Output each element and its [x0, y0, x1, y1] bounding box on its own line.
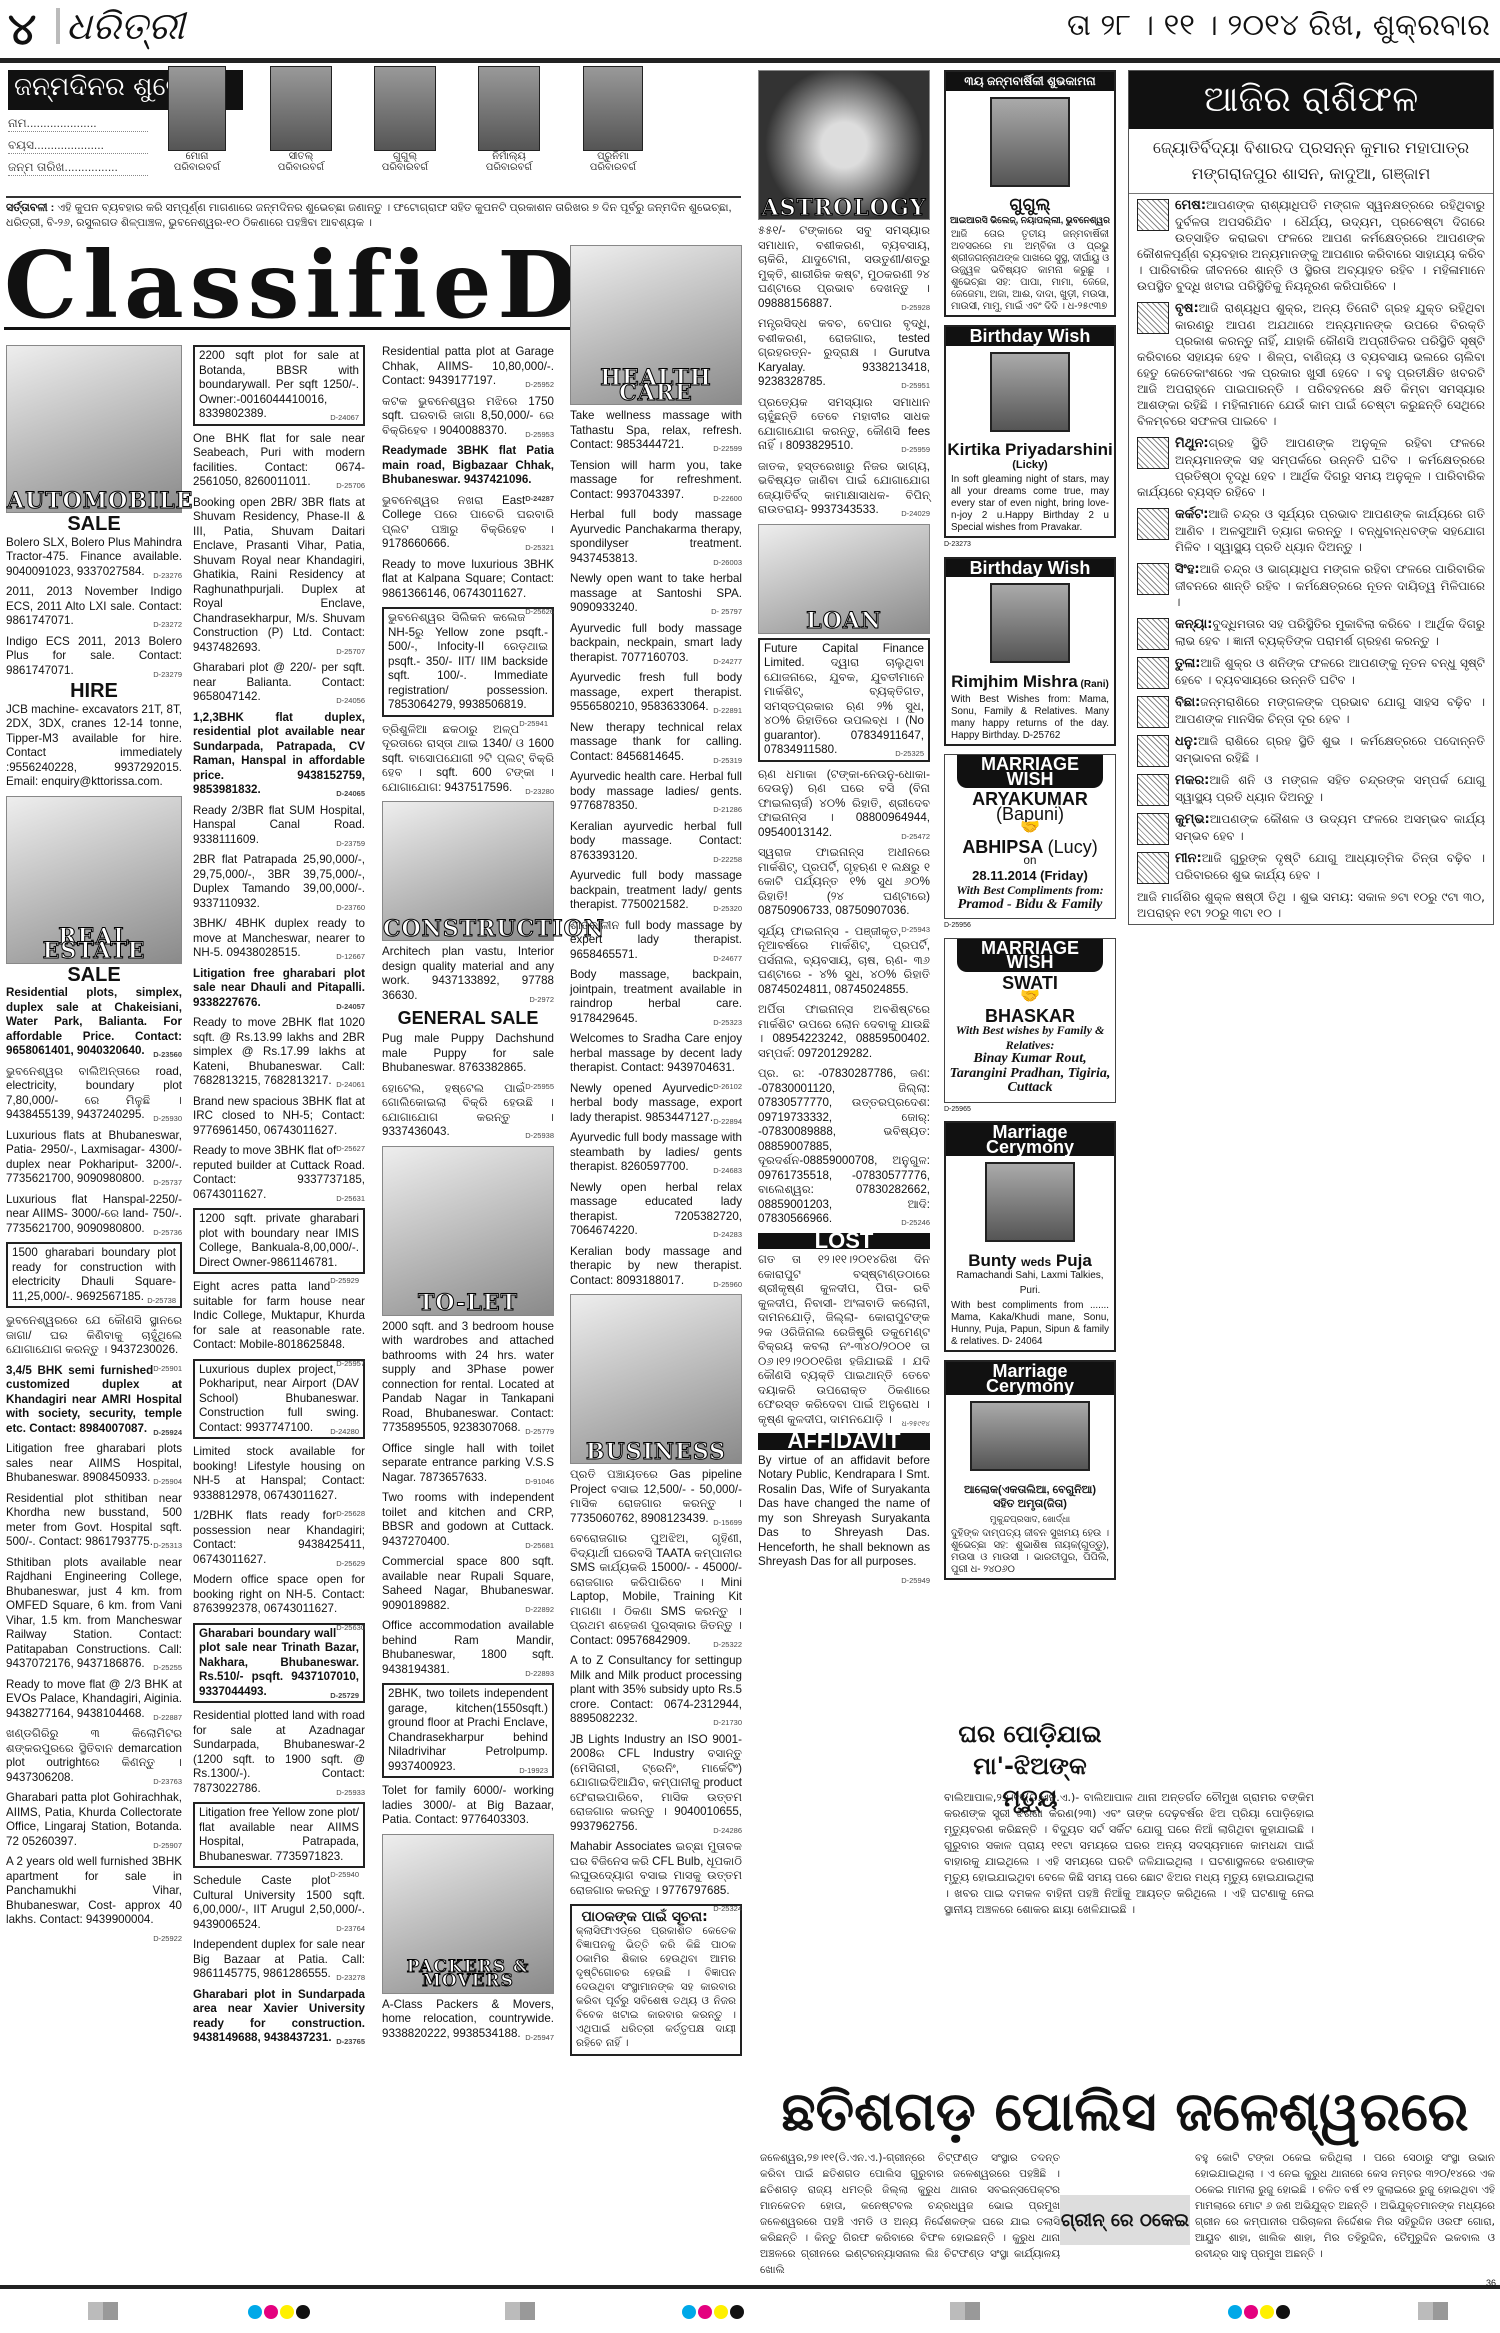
ad-code: D-25736 — [153, 1226, 182, 1241]
ad-code: D-25956 — [944, 919, 1116, 934]
ad-code: D-25320 — [713, 902, 742, 917]
ad-code: D-25941 — [519, 717, 548, 732]
ad-code: ଧ-୨୫୯୧୪ — [902, 1417, 930, 1432]
classified-ad: Modern office space open for booking rig… — [193, 1573, 365, 1617]
compliments-label: With Best Compliments from: — [945, 883, 1115, 898]
registration-mark — [950, 2302, 980, 2320]
ad-code: D-25323 — [713, 1016, 742, 1031]
news-body-left: ଜଳେଶ୍ୱର,୨୭।୧୧(ଡି.ଏନ.ଏ.)-ଗ୍ରୀନ୍‌ରେ ଚିଟ୍‌ଫ… — [760, 2150, 1060, 2278]
wish-name: Kirtika Priyadarshini — [946, 443, 1114, 458]
classified-ad: Tolet for family 6000/- working ladies 3… — [382, 1784, 554, 1828]
rashi-text: ଆପଣଙ୍କ କୌଶଳ ଓ ଉଦ୍ୟମ ଫଳରେ ଅସମ୍ଭବ କାର୍ଯ୍ୟ … — [1175, 812, 1485, 843]
wish-photo — [990, 97, 1070, 187]
rashifal-panel: ଆଜିର ରାଶିଫଳ ଜ୍ୟୋତିର୍ବିଦ୍ୟା ବିଶାରଦ ପ୍ରସନ୍… — [1128, 70, 1494, 925]
page-number: ୪ — [8, 4, 36, 55]
rashi-entry: ବୃଷ:ଆଜି ରାଶ୍ୟଧିପ ଶୁକ୍ର, ଅନ୍ୟ ତିନୋଟି ଗ୍ରହ… — [1129, 297, 1493, 432]
ad-code: D-25940 — [330, 1868, 359, 1883]
ad-code: D-23560 — [153, 1048, 182, 1063]
rashifal-author: ଜ୍ୟୋତିର୍ବିଦ୍ୟା ବିଶାରଦ ପ୍ରସନ୍ନ କୁମାର ମହାପ… — [1133, 135, 1489, 161]
coupon-terms: ସର୍ତ୍ତାବଳୀ : ଏହି କୁପନ ବ୍ୟବହାର କରି ସମ୍ପୂର… — [6, 196, 741, 231]
ad-code: D-24065 — [336, 787, 365, 802]
wish-title: ୩ୟ ଜନ୍ମବାର୍ଷିକୀ ଶୁଭକାମନା — [946, 72, 1114, 91]
classified-ad: Gharabari plot in Sundarpada area near X… — [193, 1988, 365, 2046]
ceremony-line: ସହିତ ଅମୃତା(ଜିତା) — [946, 1497, 1114, 1512]
ad-text: Architech plan vastu, Interior design qu… — [382, 945, 554, 1002]
classified-ad: Architech plan vastu, Interior design qu… — [382, 945, 554, 1003]
classified-ad: Residential plot sthitiban near Khordha … — [6, 1492, 182, 1550]
rashi-entry: କୁମ୍ଭ:ଆପଣଙ୍କ କୌଶଳ ଓ ଉଦ୍ୟମ ଫଳରେ ଅସମ୍ଭବ କା… — [1129, 808, 1493, 847]
ad-code: D-22600 — [713, 492, 742, 507]
registration-mark — [88, 2302, 118, 2320]
ad-code: D-22894 — [713, 1115, 742, 1130]
ad-code: D-25255 — [153, 1661, 182, 1676]
wish-photo — [985, 1162, 1075, 1242]
child-name: ମୋନା — [152, 151, 242, 162]
tolet-label: TO-LET — [383, 1296, 553, 1311]
classified-ad: Ready to move 2BHK flat 1020 sqft. @ Rs.… — [193, 1016, 365, 1089]
classified-ad: A-Class Packers & Movers, home relocatio… — [382, 1998, 554, 2042]
classified-ad: Schedule Caste plot Cultural University … — [193, 1874, 365, 1932]
zodiac-icon — [1137, 696, 1169, 728]
ad-code: D-25938 — [525, 1129, 554, 1144]
ad-code: D-25738 — [147, 1294, 176, 1309]
ad-code: D-25628 — [336, 1507, 365, 1522]
classified-ad: ପ୍ରତ୍ୟେକ ସମସ୍ୟାର ସମାଧାନ ଚାହୁଁଛନ୍ତି ତେବେ … — [758, 396, 930, 454]
automobile-label: AUTOMOBILE — [7, 494, 181, 509]
child-card: ସୀତଲ୍ ପରିବାରବର୍ଗ — [256, 66, 346, 173]
ad-text: Ready to move 2BHK flat 1020 sqft. @ Rs.… — [193, 1016, 365, 1087]
ad-code: D-25737 — [153, 1176, 182, 1191]
zodiac-icon — [1137, 563, 1169, 595]
ad-text: JB Lights Industry an ISO 9001- 2008ର CF… — [570, 1733, 742, 1833]
general-sale-heading: GENERAL SALE — [382, 1009, 554, 1028]
ad-text: 1200 sqft. private gharabari plot with b… — [199, 1212, 359, 1269]
wish-title: Birthday Wish — [946, 559, 1114, 578]
ad-code: D-23759 — [336, 837, 365, 852]
rashi-name: ମିଥୁନ: — [1175, 436, 1209, 451]
realestate-label: REAL ESTATE — [7, 930, 181, 959]
classified-ad: Keralian body massage and therapic by ne… — [570, 1245, 742, 1289]
rashi-entry: କନ୍ୟା:ବୁଦ୍ଧିମତାର ସହ ପରିସ୍ଥିତିର ମୁକାବିଲା … — [1129, 613, 1493, 652]
classified-ad: 2BHK, two toilets independent garage, ki… — [382, 1683, 554, 1778]
classified-ad: Independent duplex for sale near Big Baz… — [193, 1938, 365, 1982]
classified-ad: A 2 years old well furnished 3BHK apartm… — [6, 1855, 182, 1928]
classified-ad: Two rooms with independent toilet and ki… — [382, 1491, 554, 1549]
ad-code: D-25706 — [336, 479, 365, 494]
compliments-from: Binay Kumar Rout, Tarangini Pradhan, Tig… — [945, 1052, 1115, 1096]
rashi-entry: ମିଥୁନ:ଗ୍ରହ ସ୍ଥିତି ଆପଣଙ୍କ ଅନୁକୂଳ ରହିବା ଫଳ… — [1129, 432, 1493, 503]
classified-ad: ଋଣ ଧମାକା (ଟଙ୍କା-ନେଉନୁ-ଧୋକା-ଦେଉନୁ) ଋଣ ଘରେ… — [758, 768, 930, 841]
ad-code: D-25904 — [153, 1475, 182, 1490]
child-family: ପରିବାରବର୍ଗ — [464, 162, 554, 173]
column-wishes: ୩ୟ ଜନ୍ମବାର୍ଷିକୀ ଶୁଭକାମନା ଗୁଗୁଲ୍ ଆଇଆରସି ଭ… — [944, 70, 1116, 1588]
registration-mark — [505, 2302, 535, 2320]
ad-code: D-22258 — [713, 853, 742, 868]
ad-code: D-25922 — [153, 1932, 182, 1947]
classified-ad: ୫୫୧/- ଟଙ୍କାରେ ସବୁ ସମସ୍ୟାର ସମାଧାନ, ବଶୀକରଣ… — [758, 224, 930, 311]
classified-ad: ପ୍ର. ର: -07830287786, ଜଣ: -07830001120, … — [758, 1067, 930, 1227]
rashi-name: କନ୍ୟା: — [1175, 617, 1212, 632]
classified-ad: Ready to move flat @ 2/3 BHK at EVOs Pal… — [6, 1678, 182, 1722]
child-card: ମୋନା ପରିବାରବର୍ଗ — [152, 66, 242, 173]
marriage-ceremony-bunty: Marriage Cerymony Bunty weds Puja Ramach… — [944, 1121, 1116, 1352]
ad-text: Welcomes to Sradha Care enjoy herbal mas… — [570, 1032, 742, 1074]
ad-text: ପ୍ର. ର: -07830287786, ଜଣ: -07830001120, … — [758, 1067, 930, 1225]
rashifal-address: ମଙ୍ଗରାଜପୁର ଶାସନ, କାଦୁଆ, ଗଞ୍ଜାମ — [1133, 161, 1489, 187]
ad-code: D-25907 — [153, 1839, 182, 1854]
rashi-entry: ଧନୁ:ଆଜି ରାଶିରେ ଗ୍ରହ ସ୍ଥିତି ଶୁଭ । କର୍ମକ୍ଷ… — [1129, 730, 1493, 769]
news-callout: ଗ୍ରୀନ୍ ରେ ଠକେଇ — [1060, 2195, 1190, 2245]
ad-text: Booking open 2BR/ 3BR flats at Shuvam Re… — [193, 496, 365, 654]
ad-code: D-23764 — [336, 1922, 365, 1937]
ad-text: Litigation free Yellow zone plot/ flat a… — [199, 1806, 359, 1863]
ad-code: D-24067 — [330, 411, 359, 426]
ad-text: Eight acres patta land suitable for farm… — [193, 1280, 365, 1351]
registration-mark — [1418, 2302, 1448, 2320]
ad-text: Tolet for family 6000/- working ladies 3… — [382, 1784, 554, 1826]
ad-text: Ready to move luxurious 3BHK flat at Kal… — [382, 558, 554, 600]
ad-code: D-25959 — [901, 443, 930, 458]
classified-ad: ଶୀତକାଳୀନ full body massage by expert lad… — [570, 919, 742, 963]
ad-code: D-24677 — [713, 952, 742, 967]
ad-code: D-21730 — [713, 1716, 742, 1731]
ad-text: Gharabari boundary wall plot sale near T… — [199, 1627, 359, 1698]
classified-ad: JCB machine- excavators 21T, 8T, 2DX, 3D… — [6, 703, 182, 790]
ad-code: D- 25797 — [711, 605, 742, 620]
packers-label: PACKERS & MOVERS — [383, 1960, 553, 1989]
wish-title: MARRIAGE WISH — [957, 755, 1103, 788]
rashi-text: ବୁଦ୍ଧିମତାର ସହ ପରିସ୍ଥିତିର ମୁକାବିଲା କରିବେ … — [1175, 617, 1485, 648]
ad-code: D-25943 — [901, 923, 930, 938]
zodiac-icon — [1137, 852, 1169, 884]
masthead-divider — [56, 8, 60, 44]
classified-ad: 1200 sqft. private gharabari plot with b… — [193, 1208, 365, 1274]
news-body: ବାଲିଆପାଳ,୨୭।୧୧(ଡି.ଏନ.ଏ.)- ବାଲିଆପାଳ ଥାନା … — [944, 1790, 1314, 1918]
classified-ad: Luxurious flat Hanspal-2250/- near AIIMS… — [6, 1193, 182, 1237]
ad-code: D-91046 — [525, 1475, 554, 1490]
ad-code: D-25952 — [525, 378, 554, 393]
ad-text: ଭୁବନେଶ୍ୱର ସିଲିକନ କଲେଜ NH-5ରୁ Yellow zone… — [388, 611, 548, 711]
classified-ad: Bolero SLX, Bolero Plus Mahindra Tractor… — [6, 536, 182, 580]
classified-ad: ଭୁବନେଶ୍ୱରରେ ଯେ କୌଣସି ସ୍ଥାନରେ ଜାଗା/ ଘର କି… — [6, 1314, 182, 1358]
ad-code: D-25924 — [153, 1426, 182, 1441]
page-ref: 36 — [1486, 2278, 1496, 2288]
compliments-from: Pramod - Bidu & Family — [945, 898, 1115, 913]
classified-ad: Tension will harm you, take massage for … — [570, 459, 742, 503]
classified-ad: Take wellness massage with Tathastu Spa,… — [570, 409, 742, 453]
classified-ad: Keralian ayurvedic herbal full body mass… — [570, 820, 742, 864]
ad-code: D-23278 — [336, 1971, 365, 1986]
classified-ad: Gharabari patta plot Gohirachhak, AIIMS,… — [6, 1791, 182, 1849]
terms-label: ସର୍ତ୍ତାବଳୀ : — [6, 202, 54, 214]
classified-ad: ଅର୍ପିତା ଫାଇନାନ୍ସ ଅବଶିଷ୍ଟରେ ମାର୍କଶିଟ ଉପରେ… — [758, 1003, 930, 1061]
ad-code: D-24287 — [525, 492, 554, 507]
classified-ad: Residential plots, simplex, duplex sale … — [6, 986, 182, 1059]
ad-code: D-23765 — [336, 2035, 365, 2050]
rashifal-title: ଆଜିର ରାଶିଫଳ — [1129, 71, 1493, 129]
wish-title: Marriage Cerymony — [946, 1123, 1114, 1156]
classified-ad: 2000 sqft. and 3 bedroom house with ward… — [382, 1320, 554, 1436]
business-banner: BUSINESS — [570, 1294, 742, 1464]
rashi-name: କର୍କଟ: — [1175, 507, 1208, 522]
child-family: ପରିବାରବର୍ଗ — [152, 162, 242, 173]
construction-label: CONSTRUCTION — [383, 922, 553, 937]
ad-code: D-25762 — [1023, 730, 1061, 741]
classified-ad: Commercial space 800 sqft. available nea… — [382, 1555, 554, 1613]
rashi-text: ଆଜି ଚନ୍ଦ୍ର ଓ ଭାଗ୍ୟାଧିପ ମଙ୍ଗଳ ରହିବା ଫଳରେ … — [1175, 562, 1485, 609]
ad-code: D-25960 — [713, 1278, 742, 1293]
ad-text: 2BHK, two toilets independent garage, ki… — [388, 1687, 548, 1773]
column-astrology-loan: ASTROLOGY ୫୫୧/- ଟଙ୍କାରେ ସବୁ ସମସ୍ୟାର ସମାଧ… — [758, 70, 930, 1588]
child-name: ନିର୍ମାଲ୍ୟ — [464, 151, 554, 162]
ad-code: D-25627 — [336, 1142, 365, 1157]
rashi-entry: ମକର:ଆଜି ଶନି ଓ ମଙ୍ଗଳ ସହିତ ଚନ୍ଦ୍ରଙ୍କ ସମ୍ପର… — [1129, 769, 1493, 808]
classified-ad: ପ୍ରତି ପଞ୍ଚାୟତରେ Gas pipeline Project ବସା… — [570, 1468, 742, 1526]
zodiac-icon — [1137, 813, 1169, 845]
ad-code: D-25930 — [153, 1112, 182, 1127]
ad-code: D-24056 — [336, 694, 365, 709]
birthday-wish-rimjhim: Birthday Wish Rimjhim Mishra (Rani) With… — [944, 557, 1116, 747]
child-photo — [478, 66, 540, 151]
packers-banner: PACKERS & MOVERS — [382, 1834, 554, 1994]
ad-code: D-25681 — [525, 1539, 554, 1554]
wish-nickname: (Rani) — [1081, 679, 1109, 690]
classified-ad: Future Capital Finance Limited. ଦ୍ୱାରା ଚ… — [758, 638, 930, 762]
rashi-name: ମକର: — [1175, 773, 1209, 788]
classified-ad: 2011, 2013 November Indigo ECS, 2011 Alt… — [6, 585, 182, 629]
marriage-ceremony-alok: Marriage Cerymony ଆଲୋକ(ଏକତାଲିଆ, ବେଗୁନିଆ)… — [944, 1360, 1116, 1580]
ad-code: D-25955 — [525, 1080, 554, 1095]
ad-code: D-25246 — [901, 1216, 930, 1231]
business-label: BUSINESS — [571, 1445, 741, 1460]
ad-text: ଅର୍ପିତା ଫାଇନାନ୍ସ ଅବଶିଷ୍ଟରେ ମାର୍କଶିଟ ଉପରେ… — [758, 1003, 930, 1060]
ad-code: D-25626 — [525, 605, 554, 620]
ad-text: ଋଣ ଧମାକା (ଟଙ୍କା-ନେଉନୁ-ଧୋକା-ଦେଉନୁ) ଋଣ ଘରେ… — [758, 768, 930, 839]
classified-ad: Indigo ECS 2011, 2013 Bolero Plus for sa… — [6, 635, 182, 679]
rashi-entry: ତୁଳା:ଆଜି ଶୁକ୍ର ଓ ଶନିଙ୍କ ଫଳରେ ଆପଣଙ୍କୁ ନୂତ… — [1129, 652, 1493, 691]
ad-code: D-23763 — [153, 1775, 182, 1790]
wish-title: Marriage Cerymony — [946, 1362, 1114, 1395]
classified-ad: Ayurvedic health care. Herbal full body … — [570, 770, 742, 814]
astrology-label: ASTROLOGY — [759, 201, 929, 216]
rashifal-note: ଆଜି ମାର୍ଗଶିର ଶୁକ୍ଳ ଷଷ୍ଠୀ ତିଥି । ଶୁଭ ସମୟ:… — [1129, 886, 1493, 924]
classified-ad: Litigation free gharabari plot sale near… — [193, 967, 365, 1011]
classified-ad: Residential patta plot at Garage Chhak, … — [382, 345, 554, 389]
wedding-date: 28.11.2014 (Friday) — [945, 869, 1115, 884]
ad-code: D-22893 — [525, 1667, 554, 1682]
ad-code: D-23272 — [153, 618, 182, 633]
ad-text: Mahabir Associates ଇଚ୍ଛା ମୁତାବକ ଘର ବିଜିନ… — [570, 1840, 742, 1897]
loan-label: LOAN — [759, 614, 929, 629]
ad-code: D-2972 — [529, 993, 554, 1008]
tolet-banner: TO-LET — [382, 1146, 554, 1316]
ad-code: D-25707 — [336, 645, 365, 660]
column-automobile-realestate: AUTOMOBILE SALE Bolero SLX, Bolero Plus … — [6, 345, 182, 1946]
classified-ad: Office single hall with toilet separate … — [382, 1442, 554, 1486]
child-card: ପ୍ରୁନିମା ପରିବାରବର୍ଗ — [568, 66, 658, 173]
classified-ad: Litigation free gharabari plots sales ne… — [6, 1442, 182, 1486]
ad-code: D-24283 — [713, 1228, 742, 1243]
child-name: ଗୁଗୁଲ୍ — [360, 151, 450, 162]
loan-banner: LOAN — [758, 524, 930, 634]
classified-ad: Ayurvedic full body massage with steamba… — [570, 1131, 742, 1175]
ad-code: D-24683 — [713, 1164, 742, 1179]
cmyk-registration-mark — [248, 2305, 310, 2319]
wish-title: MARRIAGE WISH — [957, 939, 1103, 972]
classified-ad: Sthitiban plots available near Rajdhani … — [6, 1556, 182, 1672]
rashi-name: ବୃଷ: — [1175, 301, 1199, 316]
birthday-wish-kirtika: Birthday Wish Kirtika Priyadarshini (Lic… — [944, 325, 1116, 538]
ad-code: D-25630 — [336, 1621, 365, 1636]
gugul-birthday-wish: ୩ୟ ଜନ୍ମବାର୍ଷିକୀ ଶୁଭକାମନା ଗୁଗୁଲ୍ ଆଇଆରସି ଭ… — [944, 70, 1116, 317]
lost-heading: LOST — [758, 1233, 930, 1250]
classified-ad: Litigation free Yellow zone plot/ flat a… — [193, 1802, 365, 1868]
dob-field: ଜନ୍ମ ତାରିଖ................ — [8, 160, 148, 176]
ad-code: D-25933 — [336, 1786, 365, 1801]
ad-code: D-25951 — [901, 379, 930, 394]
rashi-text: ଆଜି ରାଶିରେ ଗ୍ରହ ସ୍ଥିତି ଶୁଭ । କର୍ମକ୍ଷେତ୍ର… — [1175, 734, 1485, 765]
ad-code: D-24280 — [330, 1425, 359, 1440]
rashi-name: ବିଛା: — [1175, 695, 1200, 710]
ceremony-line: ଆଲୋକ(ଏକତାଲିଆ, ବେଗୁନିଆ) — [946, 1483, 1114, 1498]
astrology-banner: ASTROLOGY — [758, 70, 930, 220]
ad-code: ଧ-୨୫୯୩୭ — [1068, 301, 1107, 312]
ad-code: D-26102 — [713, 1080, 742, 1095]
wish-title: Birthday Wish — [946, 327, 1114, 346]
ad-code: D-25729 — [330, 1689, 359, 1704]
zodiac-icon — [1137, 508, 1169, 540]
classified-ad: Residential plotted land with road for s… — [193, 1709, 365, 1796]
ad-text: ୫୫୧/- ଟଙ୍କାରେ ସବୁ ସମସ୍ୟାର ସମାଧାନ, ବଶୀକରଣ… — [758, 224, 930, 310]
ad-text: ମନ୍ତ୍ରସିଦ୍ଧ କବଚ, ବେପାର ବୃଦ୍ଧି, ବଶୀକରଣ, ର… — [758, 317, 930, 388]
ad-code: D-25629 — [336, 1557, 365, 1572]
child-photo — [270, 66, 332, 151]
issue-date: ତା ୨୮ । ୧୧ । ୨୦୧୪ ରିଖ, ଶୁକ୍ରବାର — [1067, 8, 1490, 43]
ad-text: Future Capital Finance Limited. ଦ୍ୱାରା ଚ… — [764, 642, 924, 757]
ad-code: ଧ- ୨୪୦୬୦ — [971, 1564, 1015, 1575]
terms-text: ଏହି କୁପନ ବ୍ୟବହାର କରି ସମ୍ପୂର୍ଣ୍ଣ ମାଗଣାରେ … — [6, 202, 732, 229]
classified-ad: Newly open want to take herbal massage a… — [570, 572, 742, 616]
ad-code: D-21286 — [713, 803, 742, 818]
rashi-name: ସିଂହ: — [1175, 562, 1200, 577]
classified-ad: Ayurvedic fresh full body massage, exper… — [570, 671, 742, 715]
wish-name: ଗୁଗୁଲ୍ — [946, 198, 1114, 213]
ceremony-address: Ramachandi Sahi, Laxmi Talkies, Puri. — [946, 1269, 1114, 1298]
classified-ad: Welcomes to Sradha Care enjoy herbal mas… — [570, 1032, 742, 1076]
healthcare-banner: HEALTH CARE — [570, 245, 742, 405]
rashi-entry: ସିଂହ:ଆଜି ଚନ୍ଦ୍ର ଓ ଭାଗ୍ୟାଧିପ ମଙ୍ଗଳ ରହିବା … — [1129, 558, 1493, 613]
classified-ad: Luxurious flats at Bhubaneswar, Patia- 2… — [6, 1129, 182, 1187]
rashi-text: ଆଜି ଶନି ଓ ମଙ୍ଗଳ ସହିତ ଚନ୍ଦ୍ରଙ୍କ ସମ୍ପର୍କ ଯ… — [1175, 773, 1485, 804]
ad-text: ତ୍ରିଶୁଳିଆ ଛକଠାରୁ ଅଳ୍ପ ଦୂରତାରେ ରାସ୍ତା ଥାଇ… — [382, 723, 554, 794]
ad-text: 1,2,3BHK flat duplex, residential plot a… — [193, 711, 365, 797]
ad-text: Sthitiban plots available near Rajdhani … — [6, 1556, 182, 1671]
ad-text: Limited stock available for booking! Lif… — [193, 1445, 365, 1502]
ad-code: D-25472 — [901, 830, 930, 845]
wish-photo — [990, 583, 1070, 663]
ad-text: Residential plots, simplex, duplex sale … — [6, 986, 182, 1057]
masthead-rule — [0, 58, 1500, 63]
marriage-wish-swati: MARRIAGE WISH SWATI 🤝 BHASKAR With Best … — [944, 938, 1116, 1103]
wish-photo — [970, 1401, 1090, 1471]
ad-code: D-25949 — [901, 1574, 930, 1589]
classified-ad: 1,2,3BHK flat duplex, residential plot a… — [193, 711, 365, 798]
weds-label: weds — [1021, 1255, 1051, 1269]
ad-code: D-25313 — [153, 1539, 182, 1554]
ad-text: ବେରୋଜଗାର ପୁଅଝିଅ, ଗୃହିଣୀ, ବିଦ୍ୟାର୍ଥୀ ଘରେବ… — [570, 1532, 742, 1647]
wish-photo — [990, 352, 1070, 432]
ad-code: D-26003 — [713, 556, 742, 571]
ad-code: D-25325 — [895, 747, 924, 762]
realestate-sale-heading: SALE — [6, 968, 182, 983]
healthcare-label: HEALTH CARE — [571, 371, 741, 400]
ad-text: Brand new spacious 3BHK flat at IRC clos… — [193, 1095, 365, 1137]
child-family: ପରିବାରବର୍ଗ — [360, 162, 450, 173]
affidavit-notice: By virtue of an affidavit before Notary … — [758, 1454, 930, 1570]
classified-ad: ଖଣ୍ଡଗିରିରୁ ୩ କିଲୋମିଟର ଶଙ୍କରପୁରରେ ସ୍ଥିତିବ… — [6, 1727, 182, 1785]
zodiac-icon — [1137, 618, 1169, 650]
rashi-entry: ବିଛା:ଜନ୍ମରାଶିରେ ମଙ୍ଗଳଙ୍କ ପ୍ରଭାବ ଯୋଗୁ ସାହ… — [1129, 691, 1493, 730]
ad-code: D-24057 — [336, 1000, 365, 1015]
classified-ad: ସ୍ୱରାଜ ଫାଇନାନ୍ସ ଅଧୀନରେ ମାର୍କଶିଟ୍, ପ୍ରପର୍… — [758, 846, 930, 919]
ad-text: Luxurious duplex project, Pokhariput, ne… — [199, 1363, 359, 1434]
ad-text: Readymade 3BHK flat Patia main road, Big… — [382, 444, 554, 486]
child-family: ପରିବାରବର୍ଗ — [256, 162, 346, 173]
paper-logo: ଧରିତ୍ରୀ — [66, 4, 185, 49]
classified-ad: Body massage, backpain, jointpain, treat… — [570, 968, 742, 1026]
name-a: Bunty — [968, 1251, 1016, 1270]
classified-ad: ଜାତକ, ହସ୍ତରେଖାରୁ ନିଜର ଭାଗ୍ୟ, ଭବିଷ୍ୟତ ଜାଣ… — [758, 460, 930, 518]
lost-notice: ଗତ ତା ୧୨।୧୧।୨୦୧୪ରିଖ ଦିନ କୋରାପୁଟ ବସ୍‌ଷ୍ଟା… — [758, 1253, 930, 1427]
classified-ad: ତ୍ରିଶୁଳିଆ ଛକଠାରୁ ଅଳ୍ପ ଦୂରତାରେ ରାସ୍ତା ଥାଇ… — [382, 723, 554, 796]
classified-ad: Limited stock available for booking! Lif… — [193, 1445, 365, 1503]
rashi-name: ତୁଳା: — [1175, 656, 1201, 671]
wish-nickname: (Licky) — [946, 458, 1114, 473]
rashi-text: ଆଜି ରାଶ୍ୟଧିପ ଶୁକ୍ର, ଅନ୍ୟ ତିନୋଟି ଗ୍ରହ ଯୁକ… — [1137, 301, 1485, 428]
ad-text: 2000 sqft. and 3 bedroom house with ward… — [382, 1320, 554, 1435]
handshake-icon: 🤝 — [945, 990, 1115, 1005]
sale-heading: SALE — [6, 517, 182, 532]
rashi-text: ଆଜି ଗୁରୁଙ୍କ ଦୃଷ୍ଟି ଯୋଗୁ ଆଧ୍ୟାତ୍ମିକ ଚିନ୍ତ… — [1175, 851, 1485, 882]
rashi-name: ମେଷ: — [1175, 198, 1206, 213]
wish-place: ଆଇଆରସି ଭିଲେଜ୍, ନୟାପଲ୍ଲୀ, ଭୁବନେଶ୍ୱର — [946, 213, 1114, 228]
classified-ad: କଟକ ଭୁବନେଶ୍ୱର ମଝିରେ 1750 sqft. ଘରବାରି ଜା… — [382, 395, 554, 439]
zodiac-icon — [1137, 437, 1169, 469]
rashi-entry: ମେଷ:ଆପଣଙ୍କ ରାଶ୍ୟାଧିପତି ମଙ୍ଗଳ ସ୍ୱନକ୍ଷତ୍ରର… — [1129, 194, 1493, 297]
birthday-photos: ମୋନା ପରିବାରବର୍ଗ ସୀତଲ୍ ପରିବାରବର୍ଗ ଗୁଗୁଲ୍ … — [152, 66, 658, 173]
cmyk-registration-mark — [1228, 2305, 1290, 2319]
ad-code: D-22891 — [713, 704, 742, 719]
ad-code: D-25631 — [336, 1192, 365, 1207]
child-card: ଗୁଗୁଲ୍ ପରିବାରବର୍ଗ — [360, 66, 450, 173]
cmyk-registration-mark — [682, 2305, 744, 2319]
reader-notice-title: ପାଠକଙ୍କ ପାଇଁ ସୂଚନା: — [576, 1910, 736, 1924]
ad-code: D-25965 — [944, 1103, 1116, 1118]
child-photo — [374, 66, 436, 151]
ad-code: D-12667 — [336, 950, 365, 965]
ad-text: JCB machine- excavators 21T, 8T, 2DX, 3D… — [6, 703, 182, 789]
rashi-text: ଆଜି ଚନ୍ଦ୍ର ଓ ସୂର୍ଯ୍ୟର ପ୍ରଭାବ ଆପଣଙ୍କ କାର୍… — [1175, 507, 1485, 554]
ad-text: ଭୁବନେଶ୍ୱରରେ ଯେ କୌଣସି ସ୍ଥାନରେ ଜାଗା/ ଘର କି… — [6, 1314, 182, 1356]
age-field: ବୟସ..................... — [8, 138, 148, 154]
rashi-name: କୁମ୍ଭ: — [1175, 812, 1210, 827]
wish-text: ଆଜି ତୋର ତୃତୀୟ ଜନ୍ମବାର୍ଷିକୀ ଅବସରରେ ମା ଅମ୍… — [951, 229, 1109, 312]
ad-code: D-24061 — [336, 1078, 365, 1093]
classified-ad: Office accommodation available behind Ra… — [382, 1619, 554, 1677]
classified-ad: 2BR flat Patrapada 25,90,000/-, 29,75,00… — [193, 853, 365, 911]
classified-ad: Readymade 3BHK flat Patia main road, Big… — [382, 444, 554, 488]
classified-ad: Booking open 2BR/ 3BR flats at Shuvam Re… — [193, 496, 365, 656]
